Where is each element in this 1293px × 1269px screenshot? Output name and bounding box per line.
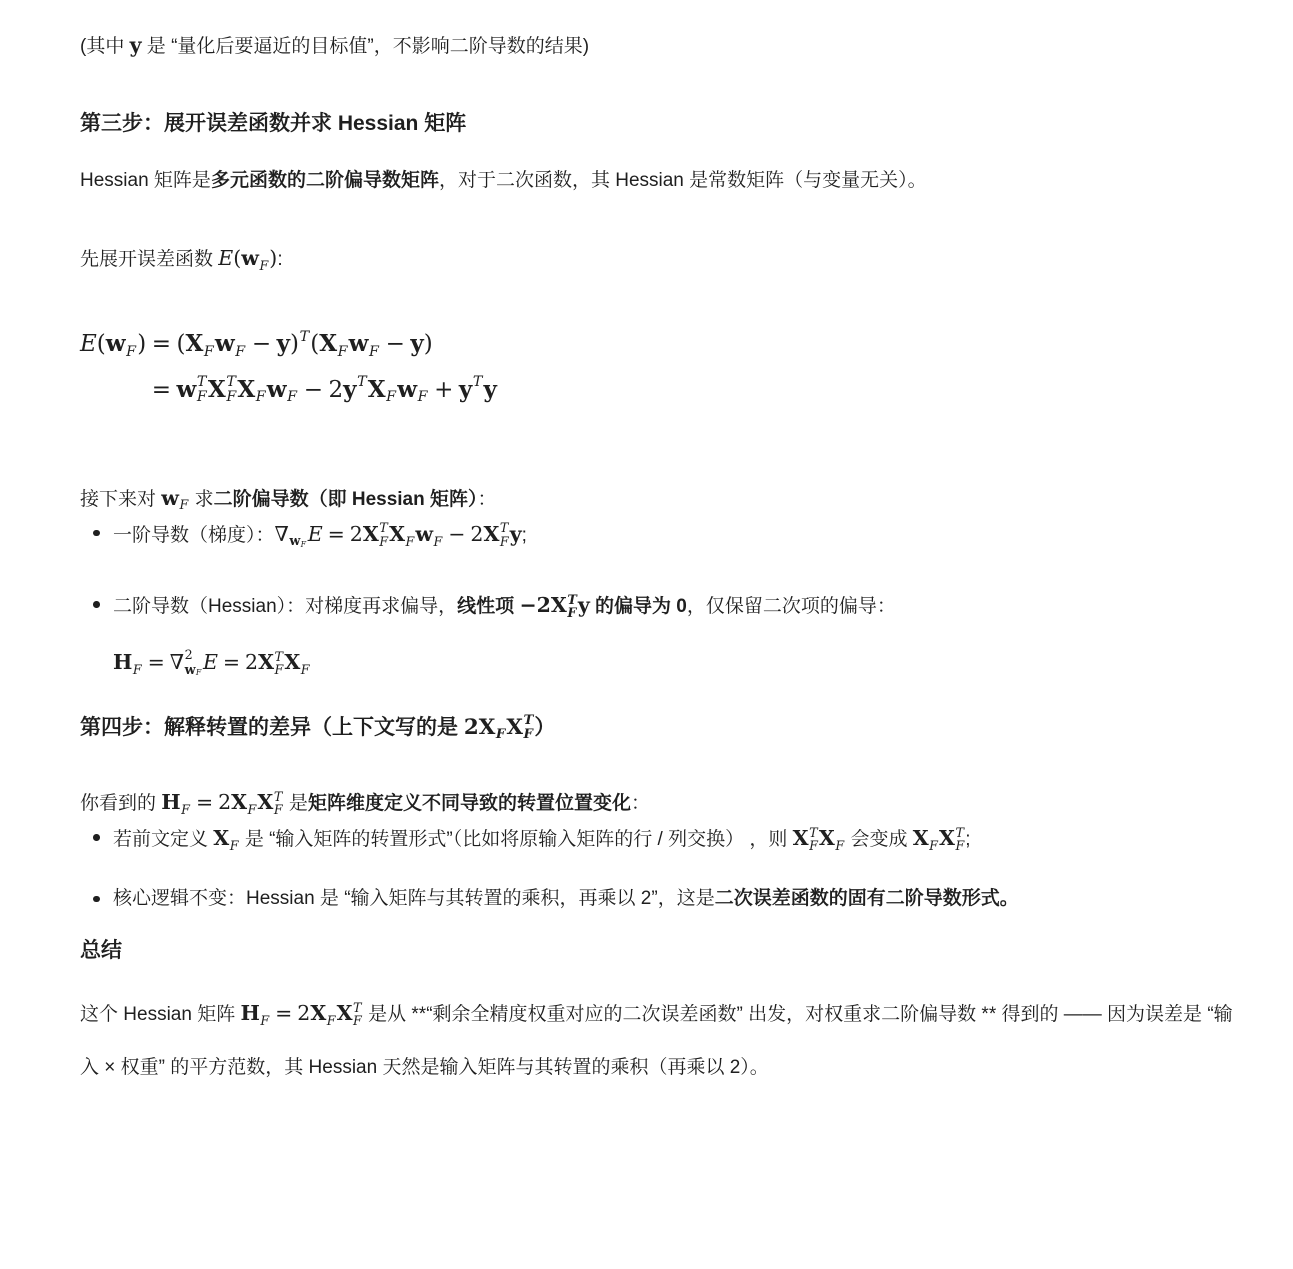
step3-heading: 第三步：展开误差函数并求 Hessian 矩阵 (80, 109, 1245, 138)
error-function-equation: E(w​F) =(X​Fw​F−y)T​(X​Fw​F−y) =wTFXTFX​… (80, 326, 1245, 408)
note-line: (其中 y 是 “量化后要逼近的目标值”，不影响二阶导数的结果) (80, 28, 1245, 63)
core-logic-item: 核心逻辑不变：Hessian 是 “输入矩阵与其转置的乘积，再乘以 2”，这是二… (113, 882, 1245, 916)
transpose-definition-item: 若前文定义 X​F 是 “输入矩阵的转置形式”（比如将原输入矩阵的行 / 列交换… (113, 820, 1245, 857)
step4-heading: 第四步：解释转置的差异（上下文写的是 2X​FXTF） (80, 713, 1245, 743)
summary-paragraph: 这个 Hessian 矩阵 H​F=2X​FXTF 是从 **“剩余全精度权重对… (80, 985, 1245, 1094)
equation-lhs: E(w​F) (80, 326, 146, 363)
second-derivative-text: 二阶导数（Hessian）：对梯度再求偏导，线性项 −2XTFy 的偏导为 0，… (113, 596, 896, 617)
equation-line-2: =wTFXTFX​Fw​F−2yT​X​Fw​F+yT​y (146, 372, 497, 409)
first-derivative-text: 一阶导数（梯度）：∇​w​FE=2XTFX​Fw​F−2XTFy; (113, 525, 527, 546)
derivative-list: 一阶导数（梯度）：∇​w​FE=2XTFX​Fw​F−2XTFy; 二阶导数（H… (80, 516, 1245, 681)
hessian-formula: H​F=∇2w​FE=2XTFX​F (113, 644, 1245, 681)
hessian-intro-paragraph: Hessian 矩阵是多元函数的二阶偏导数矩阵，对于二次函数，其 Hessian… (80, 165, 1245, 197)
summary-heading: 总结 (80, 936, 1245, 965)
expand-error-function-paragraph: 先展开误差函数 E(w​F): (80, 241, 1245, 276)
core-logic-text: 核心逻辑不变：Hessian 是 “输入矩阵与其转置的乘积，再乘以 2”，这是二… (113, 888, 1019, 909)
transpose-explanation-paragraph: 你看到的 H​F=2X​FXTF 是矩阵维度定义不同导致的转置位置变化： (80, 785, 1245, 820)
second-derivative-intro-paragraph: 接下来对 w​F 求二阶偏导数（即 Hessian 矩阵）： (80, 481, 1245, 516)
document-page: (其中 y 是 “量化后要逼近的目标值”，不影响二阶导数的结果) 第三步：展开误… (0, 0, 1293, 1269)
equation-line-1: =(X​Fw​F−y)T​(X​Fw​F−y) (146, 326, 497, 363)
first-derivative-item: 一阶导数（梯度）：∇​w​FE=2XTFX​Fw​F−2XTFy; (113, 516, 1245, 553)
transpose-definition-text: 若前文定义 X​F 是 “输入矩阵的转置形式”（比如将原输入矩阵的行 / 列交换… (113, 829, 971, 850)
transpose-list: 若前文定义 X​F 是 “输入矩阵的转置形式”（比如将原输入矩阵的行 / 列交换… (80, 820, 1245, 915)
second-derivative-item: 二阶导数（Hessian）：对梯度再求偏导，线性项 −2XTFy 的偏导为 0，… (113, 587, 1245, 681)
equation-grid: E(w​F) =(X​Fw​F−y)T​(X​Fw​F−y) =wTFXTFX​… (80, 326, 497, 408)
